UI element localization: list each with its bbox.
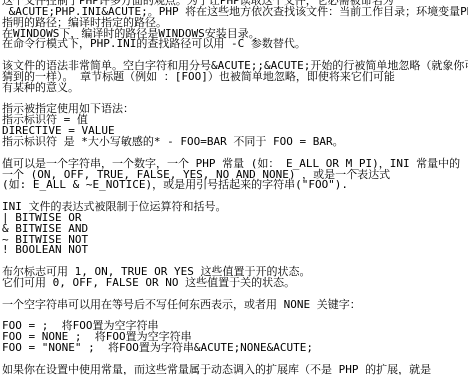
document-text: 这个文件控制了PHP许多方面的观点。为了让PHP读取这个文件，它必需被命名为 &… [0, 0, 468, 375]
document-viewport[interactable]: 这个文件控制了PHP许多方面的观点。为了让PHP读取这个文件，它必需被命名为 &… [0, 0, 468, 375]
